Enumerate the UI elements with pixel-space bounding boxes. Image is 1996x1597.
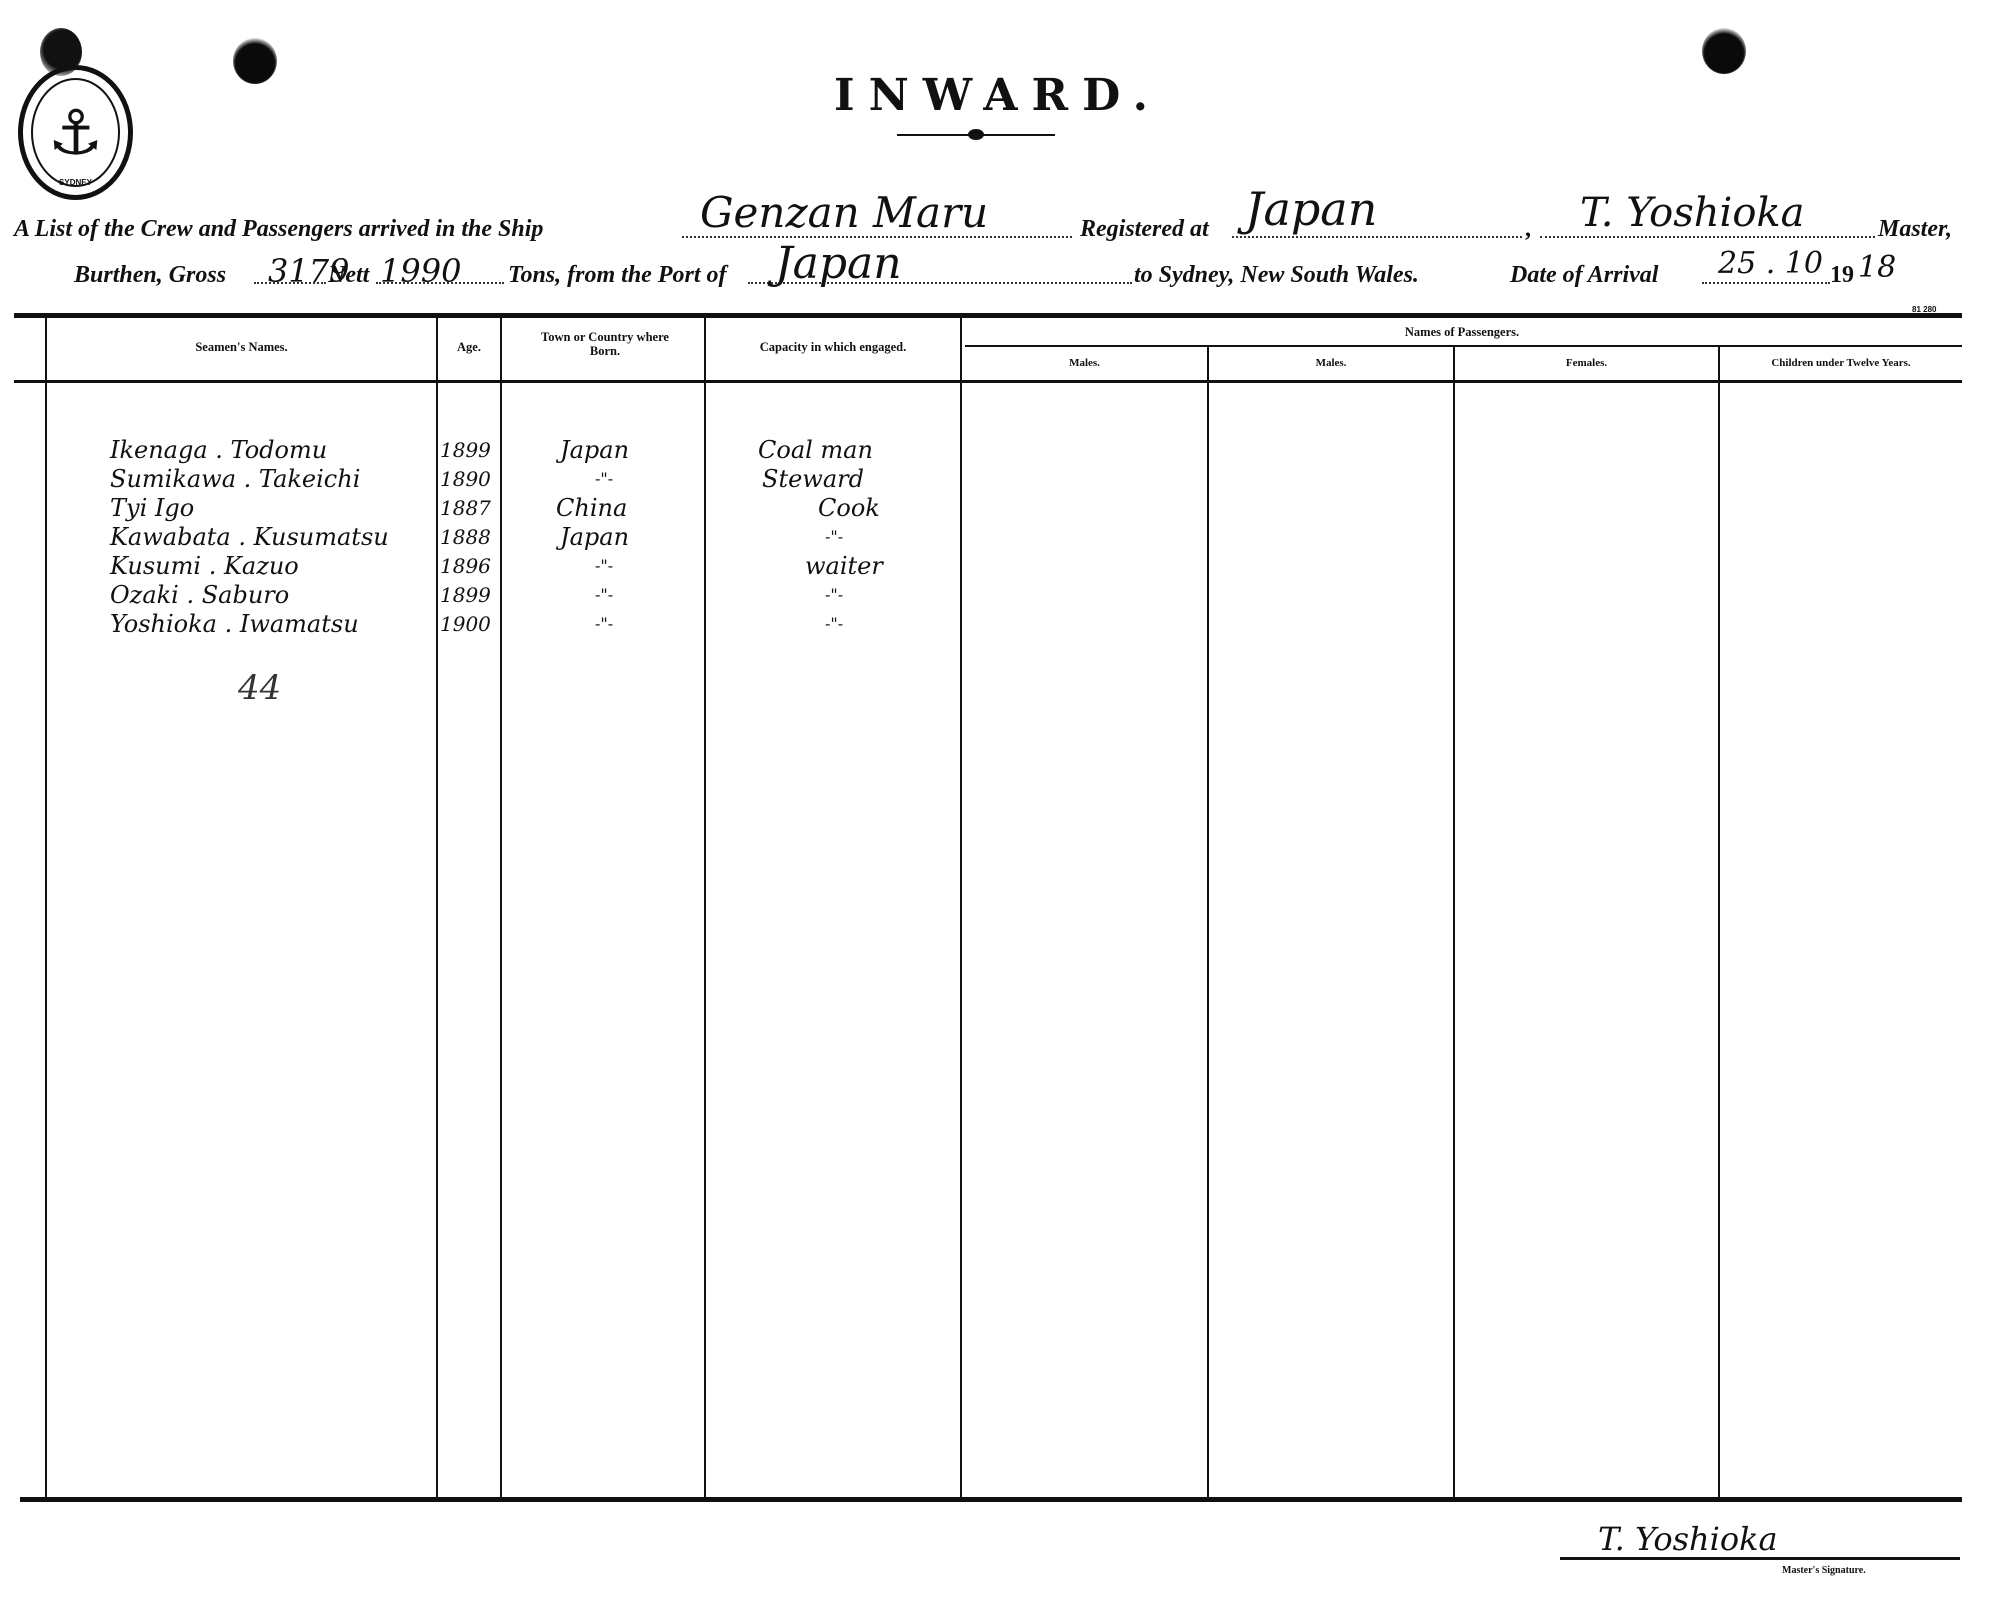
seaman-name: Tyi Igo (110, 493, 194, 523)
burthen-gross-label: Burthen, Gross (74, 262, 226, 289)
seaman-capacity: -"- (825, 609, 843, 639)
crew-row: Kawabata . Kusumatsu 1888 Japan -"- (0, 522, 1996, 552)
seaman-capacity: -"- (825, 522, 843, 552)
header-children: Children under Twelve Years. (1720, 357, 1962, 369)
registered-at-field-line (1232, 236, 1522, 238)
title-ornament-dot (968, 129, 984, 140)
seaman-name: Kawabata . Kusumatsu (110, 522, 389, 552)
seaman-birthplace: Japan (560, 435, 629, 465)
seaman-birthplace: -"- (595, 609, 613, 639)
port-of-field: Japan (775, 238, 902, 289)
seaman-age: 1899 (440, 580, 491, 610)
header-females: Females. (1455, 357, 1718, 369)
seal-bottom-text: SYDNEY (28, 178, 123, 187)
header-bottom-rule (14, 380, 1962, 383)
master-signature-label: Master's Signature. (1782, 1565, 1866, 1576)
seaman-birthplace: Japan (560, 522, 629, 552)
seaman-birthplace: China (556, 493, 627, 523)
nett-label: Nett (328, 262, 369, 289)
seaman-capacity: Steward (762, 464, 864, 494)
master-label: Master, (1878, 216, 1952, 243)
crew-row: Kusumi . Kazuo 1896 -"- waiter (0, 551, 1996, 581)
seaman-age: 1896 (440, 551, 491, 581)
seaman-birthplace: -"- (595, 464, 613, 494)
document-title: INWARD. (0, 70, 1996, 121)
registered-at-label: Registered at (1080, 216, 1209, 243)
year-suffix-field: 18 (1858, 250, 1896, 285)
seaman-age: 1887 (440, 493, 491, 523)
header-capacity: Capacity in which engaged. (706, 340, 960, 355)
ship-name-field: Genzan Maru (700, 188, 988, 237)
seaman-capacity: waiter (805, 551, 883, 581)
table-top-rule (14, 313, 1962, 318)
seaman-age: 1899 (440, 435, 491, 465)
master-name-field-line (1540, 236, 1875, 238)
year-prefix: 19 (1830, 262, 1854, 289)
header-seamens-names: Seamen's Names. (47, 340, 436, 355)
crew-row: Tyi Igo 1887 China Cook (0, 493, 1996, 523)
registered-at-field: Japan (1245, 182, 1377, 236)
header-town-or-country: Town or Country where Born. (530, 330, 680, 358)
crew-row: Ozaki . Saburo 1899 -"- -"- (0, 580, 1996, 610)
punch-hole-right (1702, 28, 1746, 74)
master-name-field: T. Yoshioka (1580, 190, 1805, 236)
port-of-label: Tons, from the Port of (508, 262, 726, 289)
tally-note: 44 (238, 668, 281, 708)
master-signature: T. Yoshioka (1598, 1520, 1778, 1558)
seaman-age: 1890 (440, 464, 491, 494)
date-of-arrival-label: Date of Arrival (1510, 262, 1658, 289)
destination-label: to Sydney, New South Wales. (1134, 262, 1419, 289)
seaman-name: Kusumi . Kazuo (110, 551, 299, 581)
seaman-name: Ozaki . Saburo (110, 580, 289, 610)
seaman-birthplace: -"- (595, 551, 613, 581)
crew-row: Sumikawa . Takeichi 1890 -"- Steward (0, 464, 1996, 494)
date-of-arrival-field-line (1702, 282, 1830, 284)
seaman-name: Sumikawa . Takeichi (110, 464, 360, 494)
seaman-name: Ikenaga . Todomu (110, 435, 327, 465)
date-of-arrival-field: 25 . 10 (1718, 246, 1823, 281)
header-males-2: Males. (1209, 357, 1453, 369)
table-bottom-rule (20, 1497, 1962, 1502)
crew-row: Ikenaga . Todomu 1899 Japan Coal man (0, 435, 1996, 465)
seaman-age: 1900 (440, 609, 491, 639)
header-age: Age. (438, 340, 500, 355)
crew-row: Yoshioka . Iwamatsu 1900 -"- -"- (0, 609, 1996, 639)
header-males-1: Males. (962, 357, 1207, 369)
header-names-of-passengers: Names of Passengers. (962, 325, 1962, 340)
seaman-capacity: Cook (818, 493, 880, 523)
seaman-capacity: -"- (825, 580, 843, 610)
passenger-group-rule (965, 345, 1962, 347)
nett-tons-field: 1990 (380, 252, 461, 290)
heading-list-prefix: A List of the Crew and Passengers arrive… (14, 216, 543, 243)
seaman-age: 1888 (440, 522, 491, 552)
seaman-name: Yoshioka . Iwamatsu (110, 609, 359, 639)
seaman-birthplace: -"- (595, 580, 613, 610)
seaman-capacity: Coal man (758, 435, 873, 465)
